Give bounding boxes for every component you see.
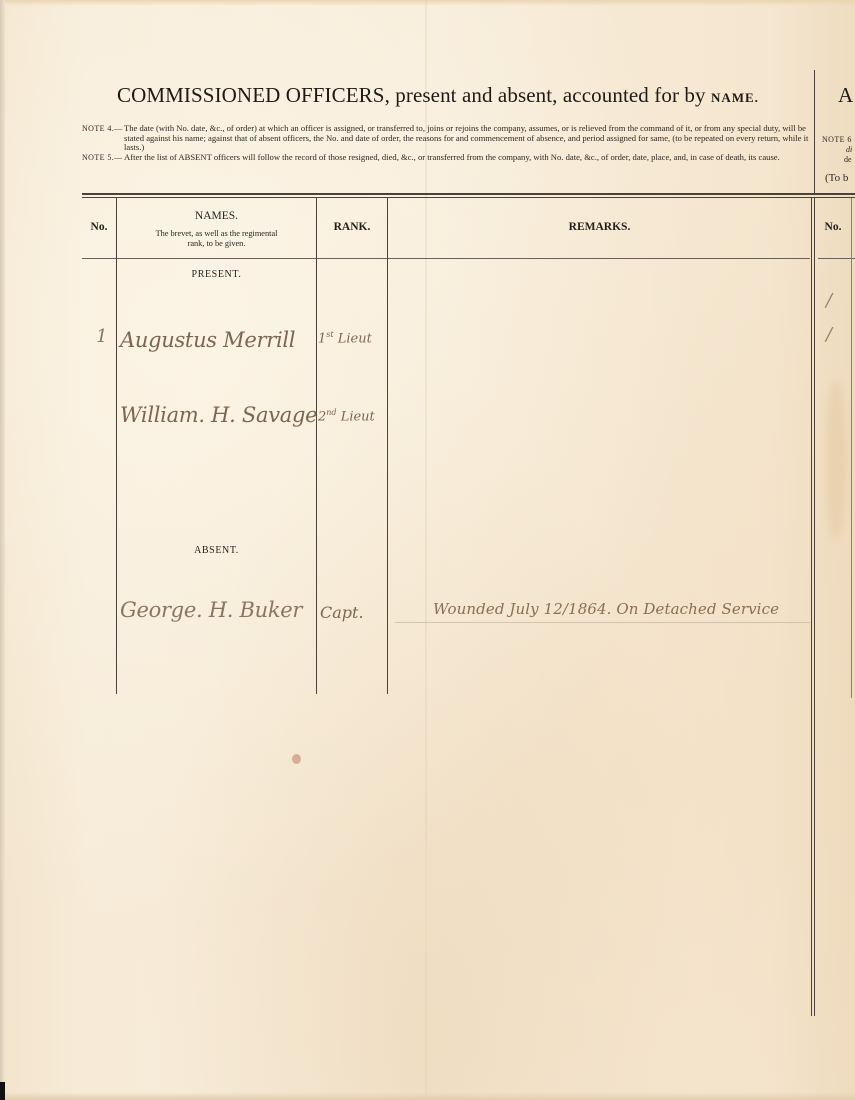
note-5-label: NOTE 5.— <box>82 153 123 163</box>
column-divider-right-double <box>814 198 815 1016</box>
paper-left-edge <box>0 0 5 1100</box>
officer-remarks: Wounded July 12/1864. On Detached Servic… <box>433 600 779 618</box>
officer-rank: 2nd Lieut <box>318 408 375 424</box>
remarks-faint-rule <box>395 622 810 623</box>
note-5: NOTE 5.— After the list of ABSENT office… <box>82 153 812 163</box>
right-column-edge <box>851 198 852 698</box>
page-title-text: COMMISSIONED OFFICERS, present and absen… <box>117 83 706 107</box>
table-top-rule-thin <box>82 197 855 198</box>
column-header-names-subtitle: The brevet, as well as the regimental ra… <box>117 229 316 248</box>
page-divider-top <box>814 70 815 195</box>
instruction-notes: NOTE 4.— The date (with No. date, &c., o… <box>82 124 812 162</box>
rank-title: Lieut <box>341 409 375 424</box>
adjacent-page-title-fragment: A <box>838 83 853 108</box>
scan-edge-mark <box>0 1082 5 1100</box>
column-header-names: NAMES. The brevet, as well as the regime… <box>117 210 316 248</box>
page-title: COMMISSIONED OFFICERS, present and absen… <box>117 83 759 108</box>
note-4: NOTE 4.— The date (with No. date, &c., o… <box>82 124 812 153</box>
rank-ordinal-suffix: st <box>326 330 333 339</box>
tally-mark: / <box>826 324 832 345</box>
paper-bottom-edge <box>0 1092 855 1100</box>
officer-name: William. H. Savage <box>120 403 317 427</box>
side-note-line-3: de <box>822 155 852 165</box>
column-header-no-right: No. <box>813 221 853 233</box>
row-number: 1 <box>96 326 107 347</box>
rank-ordinal-suffix: nd <box>326 408 336 417</box>
officer-name: George. H. Buker <box>120 598 302 622</box>
ink-spot <box>292 754 301 764</box>
column-divider-remarks <box>811 198 812 1016</box>
column-header-remarks: REMARKS. <box>388 221 811 233</box>
officer-rank: 1st Lieut <box>318 330 372 346</box>
column-header-rank: RANK. <box>317 221 387 233</box>
paper-top-edge <box>0 0 855 6</box>
section-label-absent: ABSENT. <box>117 545 316 556</box>
water-stain <box>825 380 847 540</box>
side-note-fragment: NOTE 6 di de <box>822 135 852 165</box>
side-note-line-4: (To b <box>825 172 848 184</box>
rank-title: Lieut <box>338 331 372 346</box>
table-top-rule <box>82 193 855 195</box>
note-4-label: NOTE 4.— <box>82 124 123 134</box>
header-bottom-rule-right <box>818 258 855 259</box>
column-divider-rank <box>387 198 388 694</box>
column-header-names-sub-2: rank, to be given. <box>117 239 316 249</box>
side-note-line-1: NOTE 6 <box>822 135 852 145</box>
header-bottom-rule <box>82 258 810 259</box>
column-header-no: No. <box>82 221 116 233</box>
paper-fold-line <box>425 0 427 1100</box>
officer-rank: Capt. <box>320 603 364 622</box>
column-divider-names <box>316 198 317 694</box>
tally-mark: / <box>826 290 832 311</box>
note-5-text: After the list of ABSENT officers will f… <box>124 152 780 162</box>
column-header-names-sub-1: The brevet, as well as the regimental <box>117 229 316 239</box>
column-header-names-title: NAMES. <box>117 210 316 222</box>
note-4-text: The date (with No. date, &c., of order) … <box>124 123 808 152</box>
section-label-present: PRESENT. <box>117 269 316 280</box>
officer-name: Augustus Merrill <box>120 328 295 352</box>
page-title-emphasis: NAME. <box>711 90 759 105</box>
side-note-line-2: di <box>822 145 852 155</box>
